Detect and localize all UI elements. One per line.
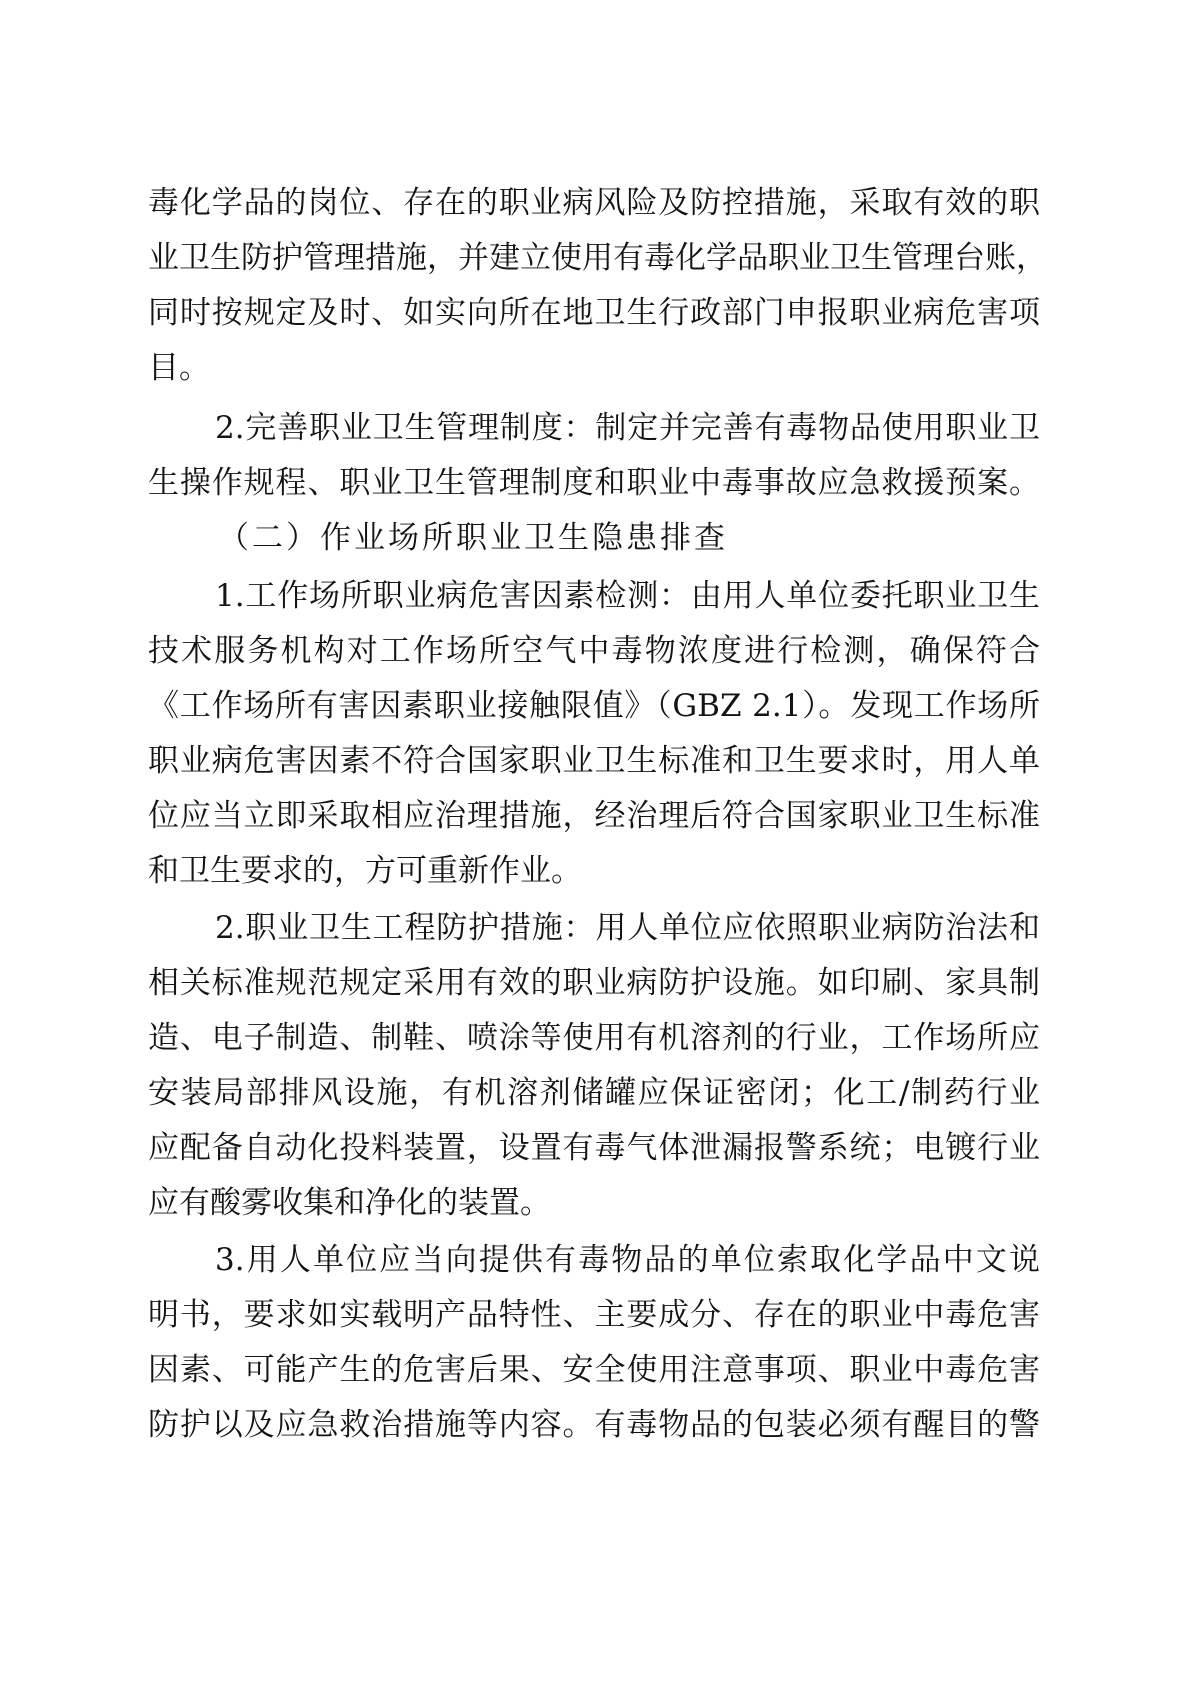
body-text-line: 相关标准规范规定采用有效的职业病防护设施。如印刷、家具制 xyxy=(148,963,1040,1003)
item-3-chemical-manual: 3.用人单位应当向提供有毒物品的单位索取化学品中文说 xyxy=(215,1240,1040,1280)
body-text-line: 同时按规定及时、如实向所在地卫生行政部门申报职业病危害项 xyxy=(148,293,1040,333)
body-text-line: 职业病危害因素不符合国家职业卫生标准和卫生要求时，用人单 xyxy=(148,741,1040,781)
body-text-line: 生操作规程、职业卫生管理制度和职业中毒事故应急救援预案。 xyxy=(148,463,1040,503)
body-text-line: 《工作场所有害因素职业接触限值》（GBZ 2.1）。发现工作场所 xyxy=(148,686,1040,726)
body-text-line: 毒化学品的岗位、存在的职业病风险及防控措施，采取有效的职 xyxy=(148,183,1040,223)
body-text-line: 业卫生防护管理措施，并建立使用有毒化学品职业卫生管理台账， xyxy=(148,238,1040,278)
body-text-line: 应配备自动化投料装置，设置有毒气体泄漏报警系统；电镀行业 xyxy=(148,1128,1040,1168)
section-heading: （二）作业场所职业卫生隐患排查 xyxy=(218,518,738,558)
body-text-line: 应有酸雾收集和净化的装置。 xyxy=(148,1183,1040,1223)
item-2-engineering-protection: 2.职业卫生工程防护措施：用人单位应依照职业病防治法和 xyxy=(215,908,1040,948)
document-page: 毒化学品的岗位、存在的职业病风险及防控措施，采取有效的职 业卫生防护管理措施，并… xyxy=(0,0,1190,1683)
item-2-management-system: 2.完善职业卫生管理制度：制定并完善有毒物品使用职业卫 xyxy=(215,408,1040,448)
item-1-hazard-detection: 1.工作场所职业病危害因素检测：由用人单位委托职业卫生 xyxy=(215,576,1040,616)
body-text-line: 防护以及应急救治措施等内容。有毒物品的包装必须有醒目的警 xyxy=(148,1405,1040,1445)
body-text-line: 造、电子制造、制鞋、喷涂等使用有机溶剂的行业，工作场所应 xyxy=(148,1018,1040,1058)
body-text-line: 明书，要求如实载明产品特性、主要成分、存在的职业中毒危害 xyxy=(148,1295,1040,1335)
body-text-line: 位应当立即采取相应治理措施，经治理后符合国家职业卫生标准 xyxy=(148,796,1040,836)
body-text-line: 和卫生要求的，方可重新作业。 xyxy=(148,851,1040,891)
body-text-line: 因素、可能产生的危害后果、安全使用注意事项、职业中毒危害 xyxy=(148,1350,1040,1390)
body-text-line: 技术服务机构对工作场所空气中毒物浓度进行检测，确保符合 xyxy=(148,631,1040,671)
body-text-line: 安装局部排风设施，有机溶剂储罐应保证密闭；化工/制药行业 xyxy=(148,1073,1040,1113)
body-text-line: 目。 xyxy=(148,348,1040,388)
